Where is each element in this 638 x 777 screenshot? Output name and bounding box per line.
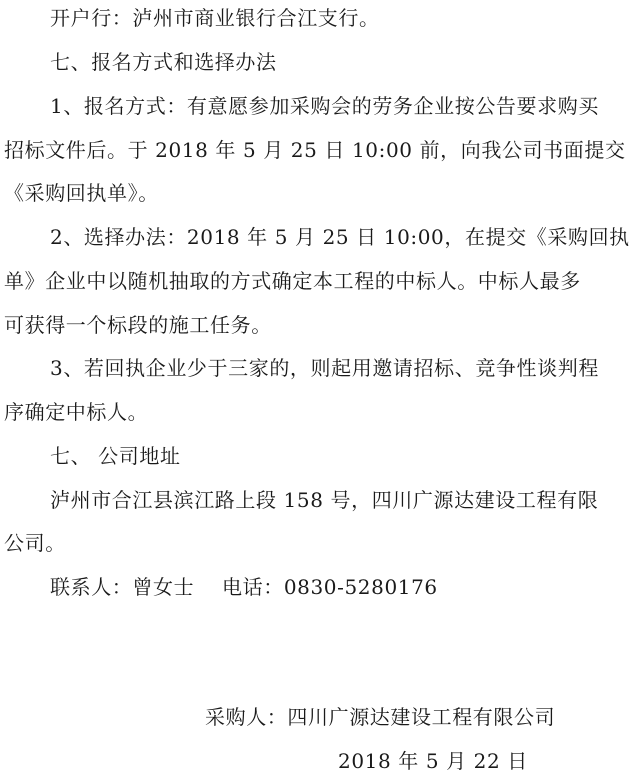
- selection-method-line-2: 单》企业中以随机抽取的方式确定本工程的中标人。中标人最多: [4, 269, 581, 293]
- selection-method-line-1: 2、选择办法：2018 年 5 月 25 日 10:00，在提交《采购回执: [50, 225, 630, 249]
- address-line-2: 公司。: [4, 531, 66, 555]
- address-line-1: 泸州市合江县滨江路上段 158 号，四川广源达建设工程有限: [50, 488, 598, 512]
- bank-info-line: 开户行：泸州市商业银行合江支行。: [50, 6, 380, 30]
- fallback-method-line-2: 序确定中标人。: [4, 400, 148, 424]
- section-heading-registration: 七、报名方式和选择办法: [50, 50, 277, 74]
- section-heading-address: 七、 公司地址: [50, 444, 181, 468]
- registration-method-line-2: 招标文件后。于 2018 年 5 月 25 日 10:00 前，向我公司书面提交: [4, 138, 626, 162]
- purchaser-signature: 采购人：四川广源达建设工程有限公司: [205, 705, 555, 729]
- selection-method-line-3: 可获得一个标段的施工任务。: [4, 313, 272, 337]
- registration-method-line-1: 1、报名方式：有意愿参加采购会的劳务企业按公告要求购买: [50, 94, 599, 118]
- signature-date: 2018 年 5 月 22 日: [338, 749, 528, 773]
- fallback-method-line-1: 3、若回执企业少于三家的，则起用邀请招标、竞争性谈判程: [50, 356, 599, 380]
- contact-line: 联系人：曾女士 电话：0830-5280176: [50, 575, 438, 599]
- registration-method-line-3: 《采购回执单》。: [4, 181, 159, 205]
